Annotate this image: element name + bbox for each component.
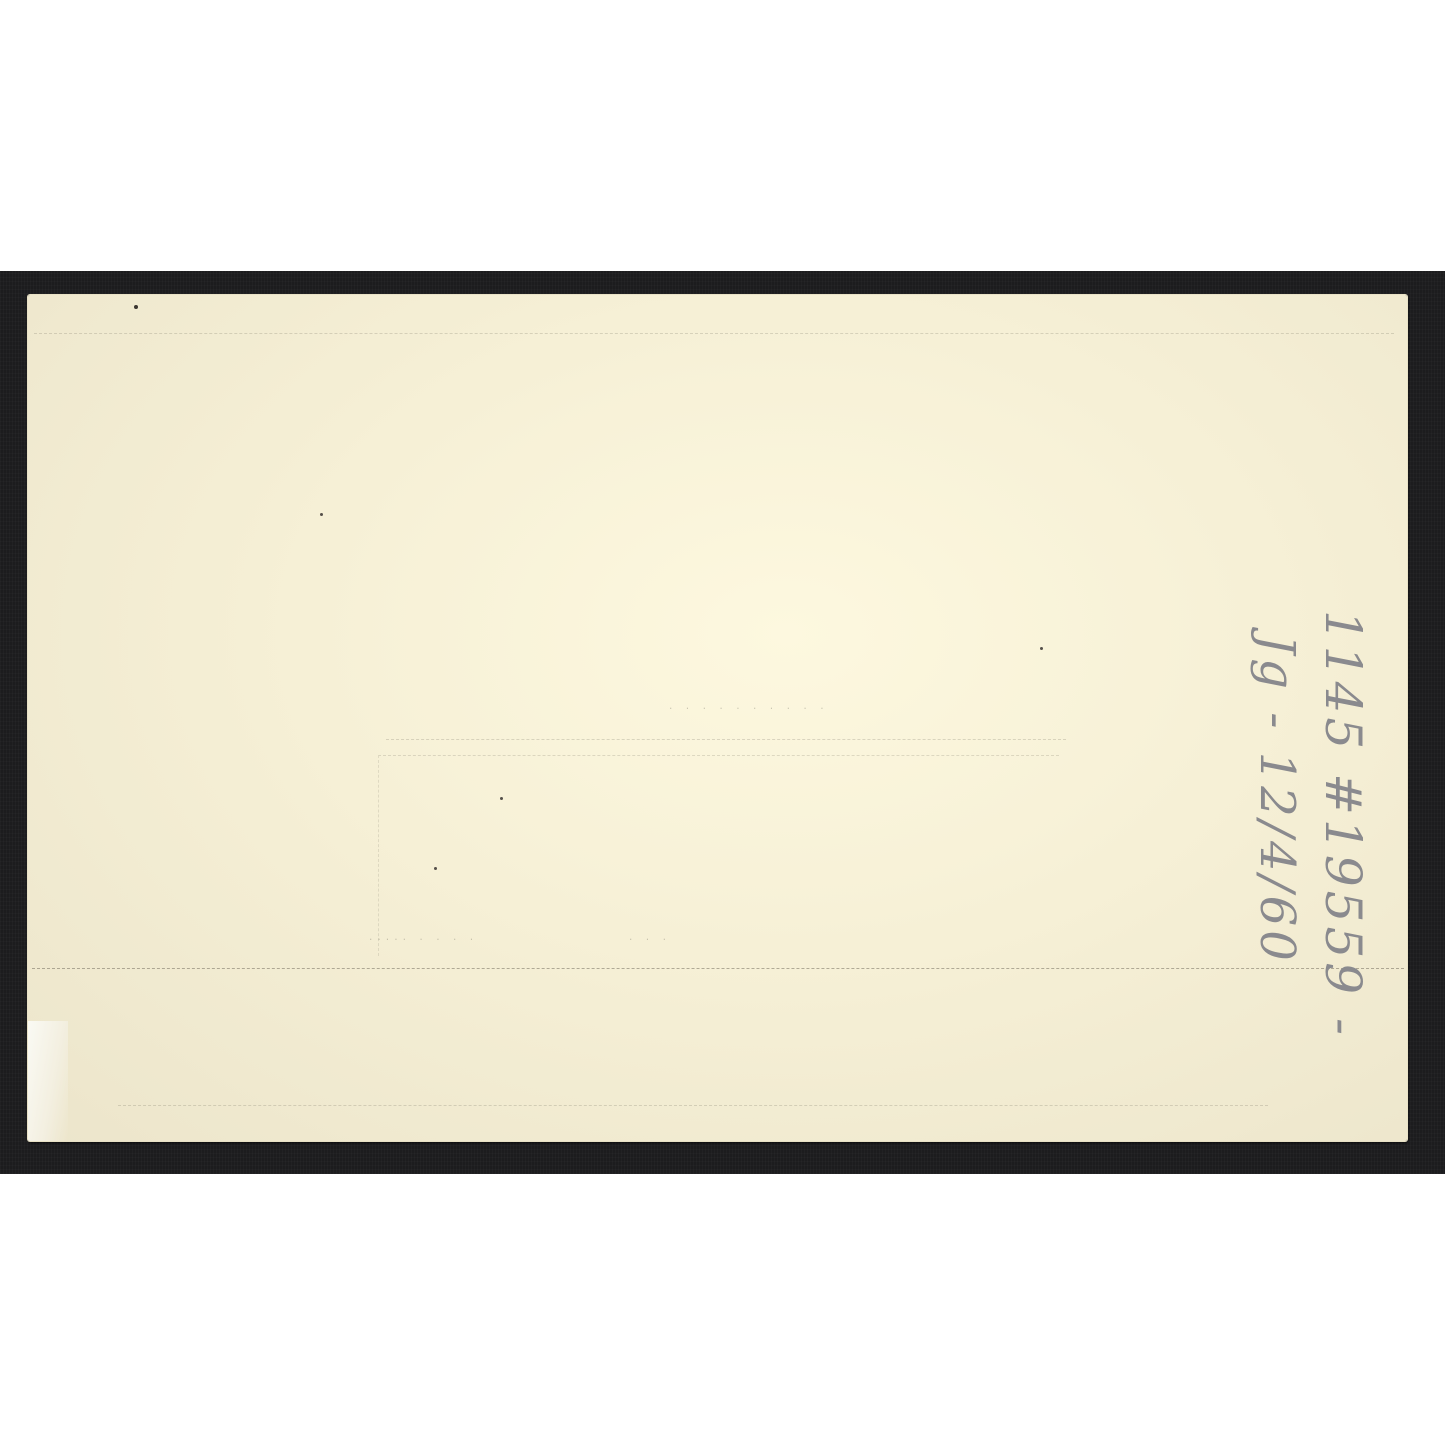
handwritten-note-line-1: 1145 #19559 - [1314, 610, 1372, 1039]
bottom-rule [32, 968, 1404, 969]
ink-speck [434, 867, 437, 870]
ink-speck [500, 797, 503, 800]
show-through-text-lower-right: · · · [628, 935, 670, 945]
ink-speck [320, 513, 323, 516]
show-through-text-lower-left: ····· · · · · [368, 935, 477, 945]
show-through-text-upper: · · · · · · · · · · [668, 704, 828, 714]
handwritten-note-line-2: Jg - 12/4/60 [1249, 635, 1305, 965]
paper-card: · · · · · · · · · · ····· · · · · · · · [28, 295, 1407, 1141]
faint-box-outline [378, 755, 1059, 956]
ink-speck [134, 305, 138, 309]
top-rule [34, 333, 1394, 334]
middle-rule [386, 739, 1066, 740]
curled-corner [28, 1021, 68, 1141]
ink-speck [1040, 647, 1043, 650]
footer-rule [118, 1105, 1268, 1106]
